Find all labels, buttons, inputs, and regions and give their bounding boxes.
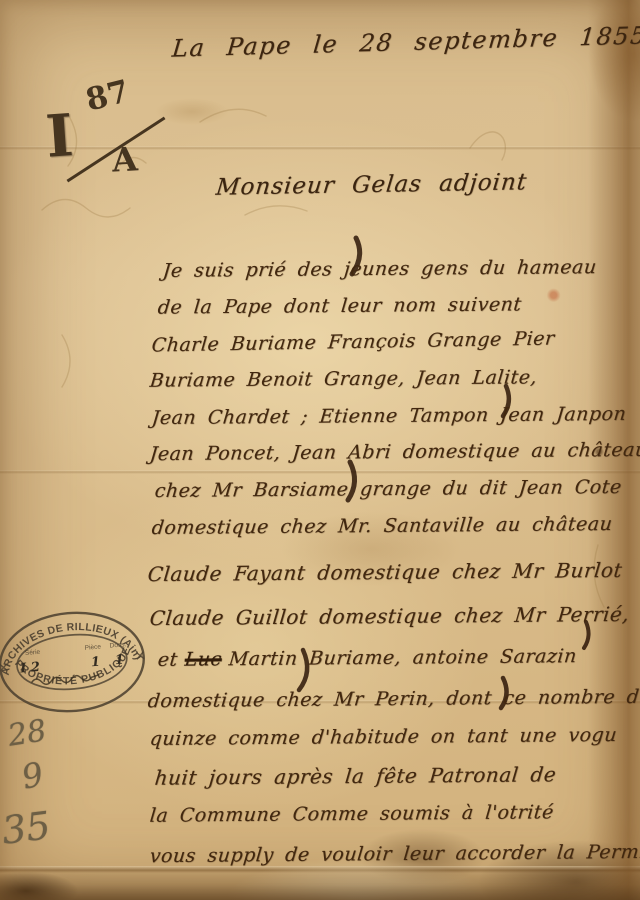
body-line: chez Mr Barsiame grange du dit Jean Cote (154, 476, 623, 502)
body-line: Claude Fayant domestique chez Mr Burlot (147, 558, 624, 586)
stamp-piece-value: 1 (90, 655, 100, 671)
body-line: vous supply de vouloir leur accorder la … (149, 841, 640, 867)
body-line-rest: Martin Buriame, antoine Sarazin (228, 645, 578, 670)
body-line: la Commune Comme soumis à l'otrité (149, 801, 555, 827)
body-line: etLucMartin Buriame, antoine Sarazin (157, 645, 578, 671)
archive-stamp: ARCHIVES DE RILLIEUX (Ain) PROPRIÉTÉ PUB… (0, 604, 152, 723)
paper-crease (0, 470, 640, 474)
body-line: Claude Guillot domestique chez Mr Perrié… (149, 602, 631, 630)
body-line: Jean Chardet ; Etienne Tampon Jean Janpo… (151, 403, 628, 429)
body-line: quinze comme d'habitude on tant une vogu (149, 724, 618, 750)
body-line: Charle Buriame François Grange Pier (151, 327, 556, 356)
body-line: Jean Poncet, Jean Abri domestique au châ… (149, 439, 640, 465)
classification-numerator: 87 (82, 73, 133, 118)
salutation: Monsieur Gelas adjoint (215, 169, 529, 200)
body-line: domestique chez Mr Perin, dont ce nombre… (147, 686, 640, 712)
body-line: de la Pape dont leur nom suivent (157, 293, 523, 318)
body-line-prefix: et (157, 649, 179, 671)
dateline: La Pape le 28 septembre 1855 (171, 21, 640, 62)
paper-fold (0, 866, 640, 873)
stamp-dossier-label: Doss. (109, 641, 126, 649)
letter-scan: I 87 A La Pape le 28 septembre 1855 Mons… (0, 0, 640, 900)
classification-denominator: A (111, 139, 139, 179)
body-line: Buriame Benoit Grange, Jean Lalite, (149, 366, 538, 391)
margin-number-middle: 9 (18, 754, 47, 797)
classification-mark: I 87 A (42, 80, 172, 195)
margin-number-top: 28 (5, 713, 48, 754)
stamp-dossier-value: 1 (114, 652, 124, 668)
body-line: Je suis prié des jeunes gens du hameau (162, 256, 598, 282)
stamp-series-value: I 2 (19, 660, 41, 677)
classification-letter: I (44, 101, 76, 171)
struck-word: Luc (184, 648, 223, 670)
aged-bottom-edge (0, 866, 640, 900)
stamp-piece-label: Pièce (84, 643, 101, 651)
stamp-series-label: Série (25, 649, 41, 657)
body-line: huit jours après la fête Patronal de (154, 762, 558, 789)
body-line: domestique chez Mr. Santaville au châtea… (151, 513, 614, 539)
margin-number-bottom: 35 (0, 803, 53, 853)
